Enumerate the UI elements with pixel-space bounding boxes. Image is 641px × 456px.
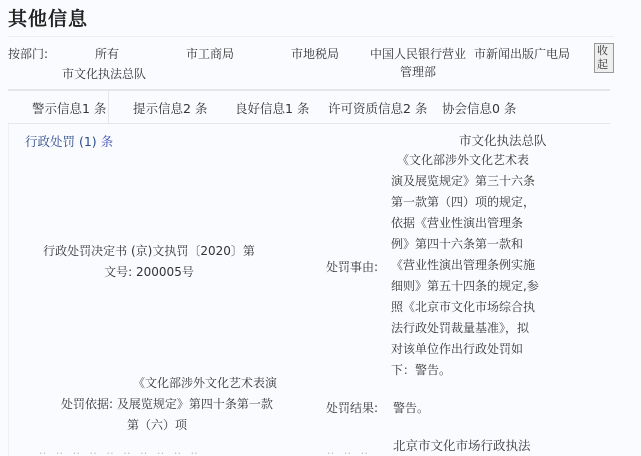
tab-good-info[interactable]: 良好信息1 条 — [235, 99, 309, 117]
reason-line: 法行政处罚裁量基准》，拟 — [391, 318, 539, 339]
section-title-admin-penalty[interactable]: 行政处罚 (1) 条 — [25, 132, 113, 150]
cutoff-row-right: ‥ ‥ ‥ — [327, 444, 371, 456]
reason-line: 《营业性演出管理条例实施 — [391, 255, 539, 276]
issuing-department: 市文化执法总队 — [459, 130, 547, 151]
basis-label: 处罚依据: — [61, 397, 113, 411]
tab-divider — [108, 91, 109, 123]
tab-license-info[interactable]: 许可资质信息2 条 — [328, 99, 427, 117]
reason-line: 《文化部涉外文化艺术表 — [391, 150, 539, 171]
dept-item-industry-commerce[interactable]: 市工商局 — [186, 45, 234, 62]
basis-line2: 及展览规定》第四十条第一款 — [117, 397, 273, 411]
reason-line: 照《北京市文化市场综合执 — [391, 297, 539, 318]
department-filter-label: 按部门: — [8, 45, 48, 62]
record-content: 行政处罚 (1) 条 市文化执法总队 行政处罚决定书 (京)文执罚〔2020〕第… — [8, 122, 611, 456]
dept-item-pboc-business-dept[interactable]: 中国人民银行营业 管理部 — [370, 45, 466, 81]
reason-label: 处罚事由: — [326, 258, 378, 275]
penalty-basis: 《文化部涉外文化艺术表演 处罚依据: 及展览规定》第四十条第一款 第（六）项 — [61, 373, 301, 436]
dept-item-all[interactable]: 所有 — [95, 45, 119, 62]
decision-document: 行政处罚决定书 (京)文执罚〔2020〕第 文号: 200005号 — [29, 241, 269, 283]
tab-warning-info[interactable]: 警示信息1 条 — [32, 99, 106, 117]
dept-item-culture-enforcement[interactable]: 市文化执法总队 — [62, 65, 146, 82]
result-label: 处罚结果: — [326, 399, 378, 416]
cutoff-row-left: ‥ ‥ ‥ ‥ ‥ ‥ ‥ ‥ ‥ ‥ — [39, 444, 201, 456]
page-title: 其他信息 — [8, 4, 88, 31]
department-filter: 按部门: 所有 市工商局 市地税局 中国人民银行营业 管理部 市新闻出版广电局 … — [8, 36, 614, 87]
reason-line: 细则》第五十四条的规定,参 — [391, 276, 539, 297]
tab-notice-info[interactable]: 提示信息2 条 — [133, 99, 207, 117]
dept-item-label-line1: 中国人民银行营业 — [370, 47, 466, 61]
result-value: 警告。 — [393, 399, 429, 416]
collapse-button[interactable]: 收起 — [594, 43, 614, 73]
reason-line: 例》第四十六条第一款和 — [391, 234, 539, 255]
basis-line3: 第（六）项 — [61, 415, 301, 436]
reason-line: 第一款第（四）项的规定， — [391, 192, 539, 213]
section-title-suffix: 条 — [101, 134, 114, 149]
decision-doc-line2: 文号: 200005号 — [29, 262, 269, 283]
decision-doc-line1: 行政处罚决定书 (京)文执罚〔2020〕第 — [29, 241, 269, 262]
basis-line1: 《文化部涉外文化艺术表演 — [61, 373, 301, 394]
dept-item-local-tax[interactable]: 市地税局 — [291, 45, 339, 62]
other-info-page: 其他信息 按部门: 所有 市工商局 市地税局 中国人民银行营业 管理部 市新闻出… — [0, 0, 641, 456]
reason-line: 下：警告。 — [391, 360, 539, 381]
dept-item-label-line2: 管理部 — [400, 65, 436, 79]
tab-association-info[interactable]: 协会信息0 条 — [442, 99, 516, 117]
section-title-text: 行政处罚 (1) — [25, 134, 97, 149]
reason-text: 《文化部涉外文化艺术表 演及展览规定》第三十六条 第一款第（四）项的规定， 依据… — [391, 150, 539, 381]
reason-line: 对该单位作出行政处罚如 — [391, 339, 539, 360]
info-tabs: 警示信息1 条 提示信息2 条 良好信息1 条 许可资质信息2 条 协会信息0 … — [8, 89, 610, 124]
reason-line: 演及展览规定》第三十六条 — [391, 171, 539, 192]
reason-line: 依据《营业性演出管理条 — [391, 213, 539, 234]
dept-item-press-publication[interactable]: 市新闻出版广电局 — [474, 45, 570, 62]
enforcement-authority: 北京市文化市场行政执法 — [393, 436, 531, 454]
